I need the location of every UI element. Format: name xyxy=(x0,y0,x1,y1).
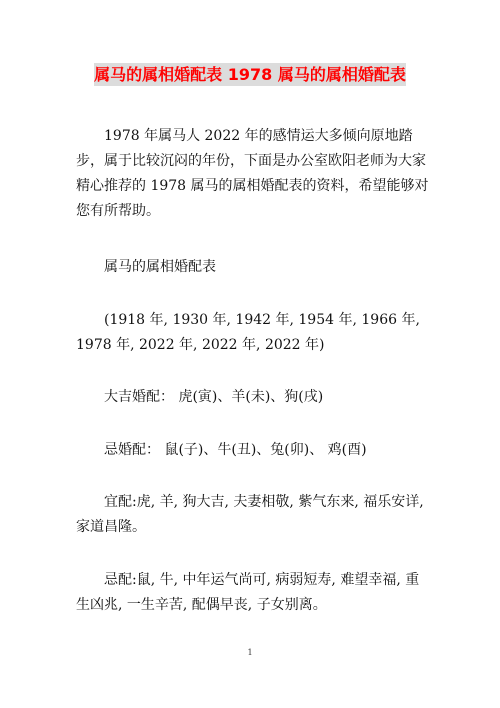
page-number: 1 xyxy=(0,648,500,657)
title-year: 1978 xyxy=(222,63,278,86)
unsuitable-description: 忌配:鼠, 牛, 中年运气尚可, 病弱短寿, 难望幸福, 重生凶兆, 一生辛苦,… xyxy=(76,568,432,618)
title-highlight: 属马的属相婚配表 1978 属马的属相婚配表 xyxy=(94,63,406,86)
title-text-2: 属马的属相婚配表 xyxy=(278,63,406,86)
title-text-1: 属马的属相婚配表 xyxy=(94,63,222,86)
section-heading: 属马的属相婚配表 xyxy=(76,255,432,280)
document-title: 属马的属相婚配表 1978 属马的属相婚配表 xyxy=(0,62,500,85)
intro-paragraph: 1978 年属马人 2022 年的感情运大多倾向原地踏步，属于比较沉闷的年份，下… xyxy=(76,124,432,224)
suitable-description: 宜配:虎, 羊, 狗大吉, 夫妻相敬, 紫气东来, 福乐安详, 家道昌隆。 xyxy=(76,490,432,540)
best-match: 大吉婚配： 虎(寅)、羊(未)、狗(戌) xyxy=(76,385,432,410)
years-list: (1918 年, 1930 年, 1942 年, 1954 年, 1966 年,… xyxy=(76,308,432,358)
avoid-match: 忌婚配： 鼠(子)、牛(丑)、兔(卯)、 鸡(酉) xyxy=(76,438,432,463)
